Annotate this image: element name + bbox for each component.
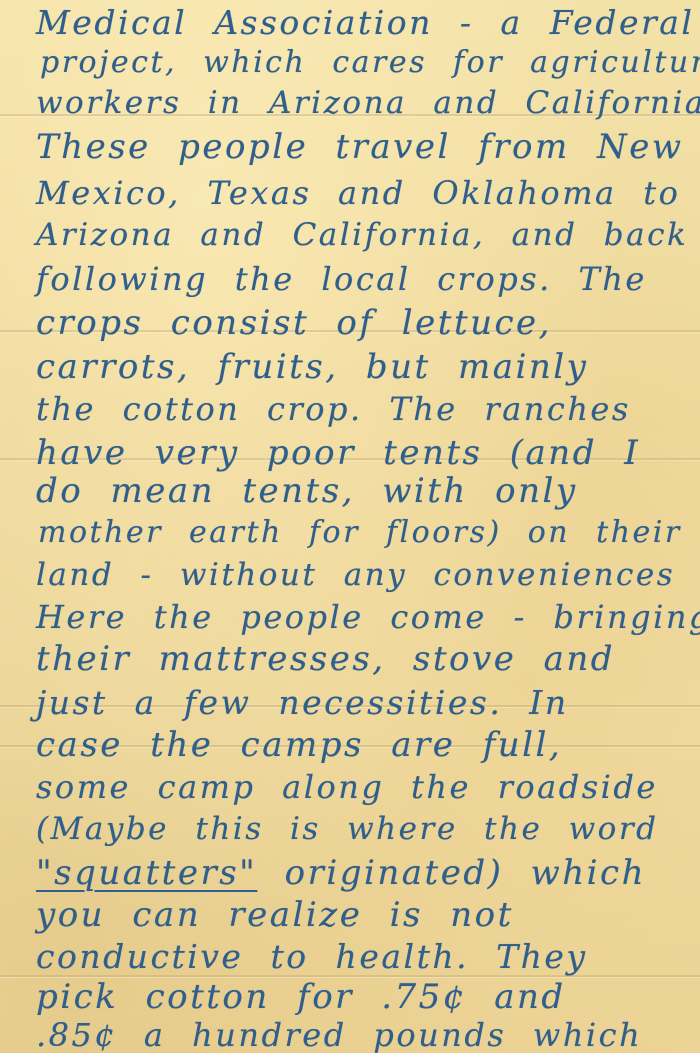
text-line: (Maybe this is where the word	[36, 806, 692, 852]
text-line: their mattresses, stove and	[36, 636, 692, 682]
text-line: "squatters" originated) which	[36, 850, 692, 896]
text-line: the cotton crop. The ranches	[36, 386, 692, 432]
text-line: you can realize is not	[36, 892, 692, 938]
text-line: crops consist of lettuce,	[36, 300, 692, 346]
text-line: Mexico, Texas and Oklahoma to	[36, 170, 692, 216]
text-line: just a few necessities. In	[36, 680, 692, 726]
text-line: Here the people come - bringing	[36, 594, 692, 640]
text-line: carrots, fruits, but mainly	[36, 344, 692, 390]
text-line: These people travel from New	[36, 124, 692, 170]
text-line: do mean tents, with only	[36, 468, 692, 514]
underlined-word: "squatters"	[36, 853, 257, 893]
text-line-rest: originated) which	[285, 853, 646, 893]
text-line: some camp along the roadside	[36, 764, 692, 810]
text-line: Arizona and California, and back	[36, 212, 692, 258]
text-line: mother earth for floors) on their	[38, 510, 692, 556]
text-line: land - without any conveniences	[36, 552, 692, 598]
text-line: workers in Arizona and California.	[36, 80, 692, 126]
text-line: following the local crops. The	[36, 256, 692, 302]
text-line: .85¢ a hundred pounds which	[36, 1012, 692, 1053]
letter-page: Medical Association - a Federal project,…	[0, 0, 700, 1053]
text-line: case the camps are full,	[36, 722, 692, 768]
